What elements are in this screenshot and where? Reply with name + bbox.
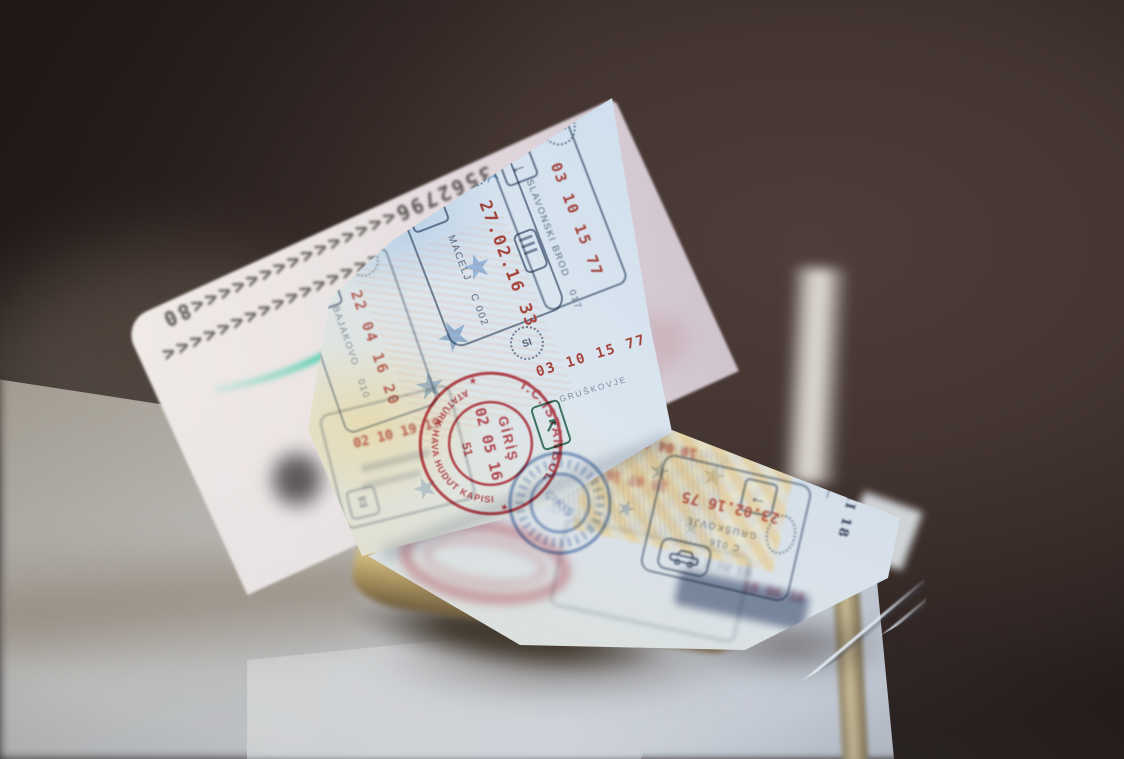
stamp-desk: 51 [459, 441, 476, 458]
star-icon: ★ [467, 376, 479, 386]
table-edge-highlight [780, 267, 849, 485]
stamp-type: ÇIKIŞ [542, 488, 576, 519]
photo-canvas: 3562796<<<<<<<<<<<<<<<80 <<<<<<<<<<<<<<<… [0, 0, 1124, 759]
